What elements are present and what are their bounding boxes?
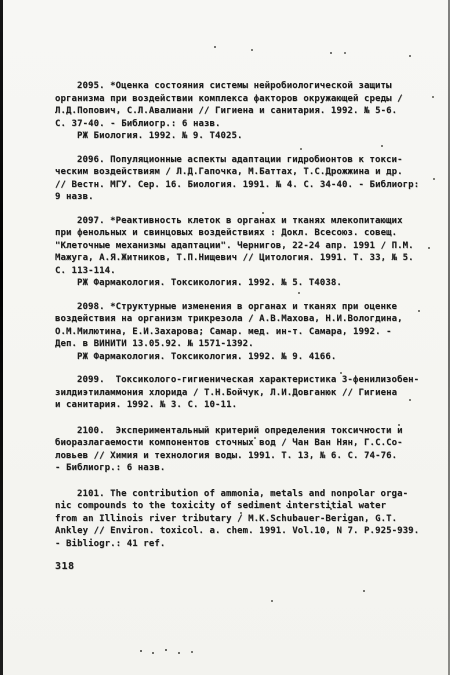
bib-line: 2100. Экспериментальный критерий определ… (55, 425, 433, 438)
scan-noise-dots (0, 0, 2, 2)
bib-line-abstract-ref: РЖ Биология. 1992. № 9. Т4025. (55, 130, 433, 143)
bib-line: Деп. в ВИНИТИ 13.05.92. № 1571-1392. (55, 338, 433, 351)
bib-line: 2096. Популяционные аспекты адаптации ги… (55, 154, 433, 167)
bib-line: С. 113-114. (55, 265, 433, 278)
bib-line: 9 назв. (55, 191, 433, 204)
bib-line: // Вестн. МГУ. Сер. 16. Биология. 1991. … (55, 179, 433, 192)
bib-line: 2101. The contribution of ammonia, metal… (55, 488, 433, 501)
bib-line: воздействия на организм трикрезола / А.В… (55, 313, 433, 326)
bib-line: 2095. *Оценка состояния системы нейробио… (55, 80, 433, 93)
bib-line: 2097. *Реактивность клеток в органах и т… (55, 215, 433, 228)
bib-line: Мажуга, А.Я.Житников, Т.П.Нищевич // Цит… (55, 252, 433, 265)
bib-line: from an Illinois river tributary / M.K.S… (55, 513, 433, 526)
bib-entry-2098: 2098. *Структурные изменения в органах и… (55, 301, 433, 364)
bib-line: Ankley // Environ. toxicol. a. chem. 199… (55, 525, 433, 538)
bib-entry-2101: 2101. The contribution of ammonia, metal… (55, 488, 433, 551)
bib-line: О.М.Милютина, Е.И.Захарова; Самар. мед. … (55, 326, 433, 339)
bib-line: и санитария. 1992. № 3. С. 10-11. (55, 399, 433, 412)
page-number: 318 (55, 561, 433, 572)
bib-line-abstract-ref: РЖ Фармакология. Токсикология. 1992. № 5… (55, 277, 433, 290)
bib-line: зилдиэтиламмония хлорида / Т.Н.Бойчук, Л… (55, 387, 433, 400)
bib-line: - Библиогр.: 6 назв. (55, 462, 433, 475)
bib-line: организма при воздействии комплекса факт… (55, 93, 433, 106)
bib-line: биоразлагаемости компонентов сточных вод… (55, 437, 433, 450)
bib-line: - Bibliogr.: 41 ref. (55, 538, 433, 551)
bibliography-content: 2095. *Оценка состояния системы нейробио… (55, 80, 433, 572)
bib-line: "Клеточные механизмы адаптации". Черниго… (55, 240, 433, 253)
bib-entry-2096: 2096. Популяционные аспекты адаптации ги… (55, 154, 433, 204)
bib-line: С. 37-40. - Библиогр.: 6 назв. (55, 118, 433, 131)
bib-line: 2098. *Структурные изменения в органах и… (55, 301, 433, 314)
bib-entry-2097: 2097. *Реактивность клеток в органах и т… (55, 215, 433, 290)
bib-line: Л.Д.Попович, С.Л.Авалиани // Гигиена и с… (55, 105, 433, 118)
scan-edge-left (0, 0, 3, 675)
bib-line: ловьев // Химия и технология воды. 1991.… (55, 450, 433, 463)
bib-line: ческим воздействиям / Л.Д.Гапочка, М.Бат… (55, 166, 433, 179)
bib-entry-2095: 2095. *Оценка состояния системы нейробио… (55, 80, 433, 143)
bib-entry-2100: 2100. Экспериментальный критерий определ… (55, 425, 433, 475)
bib-line: nic compounds to the toxicity of sedimen… (55, 500, 433, 513)
bib-line-abstract-ref: РЖ Фармакология. Токсикология. 1992. № 9… (55, 351, 433, 364)
scanned-page: 2095. *Оценка состояния системы нейробио… (0, 0, 450, 675)
bib-entry-2099: 2099. Токсиколого-гигиеническая характер… (55, 374, 433, 412)
bib-line: 2099. Токсиколого-гигиеническая характер… (55, 374, 433, 387)
bib-line: при фенольных и свинцовых воздействиях :… (55, 227, 433, 240)
